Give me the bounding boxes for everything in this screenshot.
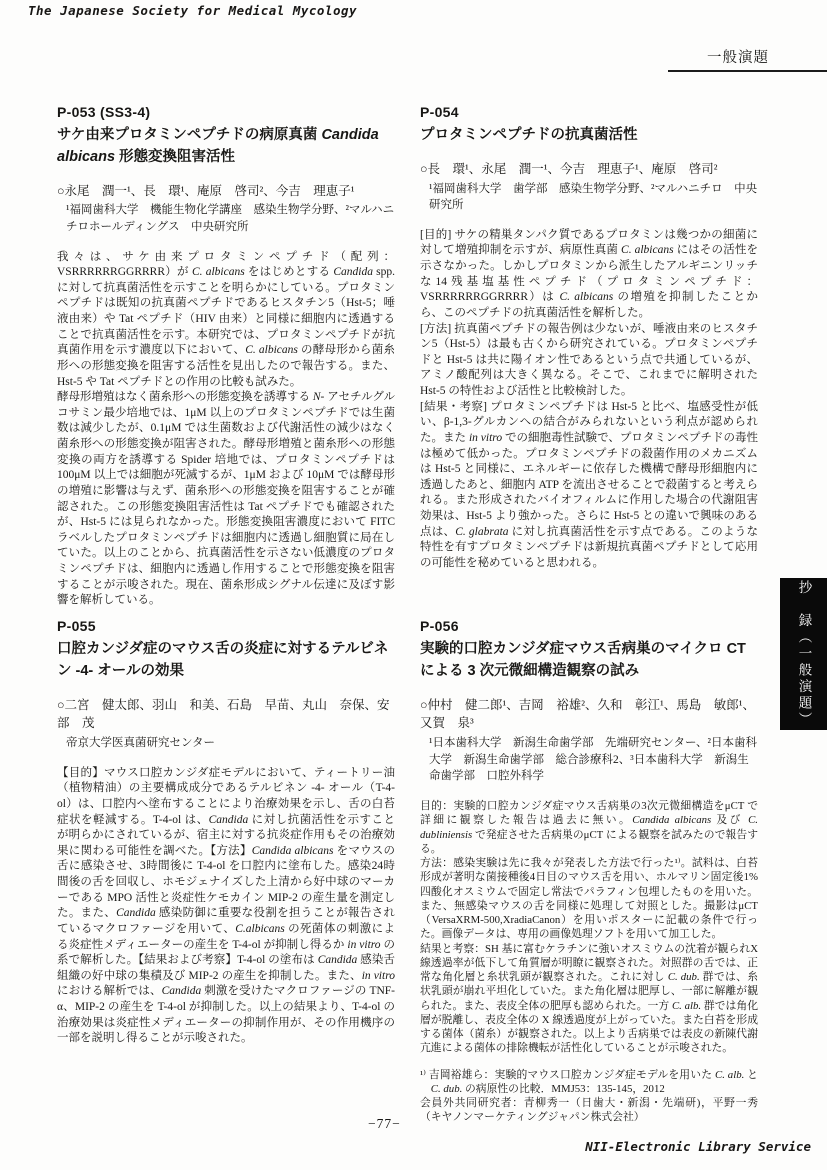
- section-label-rule: 一般演題: [668, 46, 827, 72]
- abstract-body: [目的] サケの精巣タンパク質であるプロタミンは幾つかの細菌に対して増殖抑制を示…: [420, 228, 758, 572]
- abstract-affiliation: 帝京大学医真菌研究センター: [57, 735, 395, 752]
- abstract-affiliation: ¹日本歯科大学 新潟生命歯学部 先端研究センター、²日本歯科大学 新潟生命歯学部…: [420, 735, 758, 785]
- abstract-paragraph: 【目的】マウス口腔カンジダ症モデルにおいて、ティートリー油（植物精油）の主要構成…: [57, 766, 395, 1047]
- abstract-code: P-055: [57, 618, 395, 634]
- section-label: 一般演題: [668, 46, 769, 67]
- abstract-paragraph: 結果と考察：SH 基に富むケラチンに強いオスミウムの沈着が観られX線透過率が低下…: [420, 942, 758, 1056]
- abstract-p054: P-054 プロタミンペプチドの抗真菌活性 ○長 環¹、永尾 潤一¹、今吉 理恵…: [420, 104, 758, 572]
- abstract-title: プロタミンペプチドの抗真菌活性: [420, 125, 758, 147]
- side-index-tab: 抄 録（一般演題）: [780, 578, 827, 730]
- abstract-code: P-054: [420, 104, 758, 120]
- abstract-title: 実験的口腔カンジダ症マウス舌病巣のマイクロ CT による 3 次元微細構造観察の…: [420, 639, 758, 683]
- abstract-paragraph: 目的：実験的口腔カンジダ症マウス舌病巣の3次元微細構造をμCT で詳細に観察した…: [420, 799, 758, 856]
- abstract-code: P-053 (SS3-4): [57, 104, 395, 120]
- abstract-p053: P-053 (SS3-4) サケ由来プロタミンペプチドの病原真菌 Candida…: [57, 104, 395, 609]
- abstract-body: 【目的】マウス口腔カンジダ症モデルにおいて、ティートリー油（植物精油）の主要構成…: [57, 766, 395, 1047]
- collaborators-note: 会員外共同研究者：青柳秀一（日歯大・新潟・先端研)，平野一秀（キヤノンマーケティ…: [420, 1096, 758, 1125]
- abstract-paragraph: [方法] 抗真菌ペプチドの報告例は少ないが、唾液由来のヒスタチン5（Hst-5）…: [420, 322, 758, 400]
- abstract-code: P-056: [420, 618, 758, 634]
- abstract-p056: P-056 実験的口腔カンジダ症マウス舌病巣のマイクロ CT による 3 次元微…: [420, 618, 758, 1125]
- abstract-body: 我々は、サケ由来プロタミンペプチド（配列：VSRRRRRRGGRRRR）が C.…: [57, 250, 395, 609]
- abstract-footnote: ¹⁾ 吉岡裕雄ら：実験的マウス口腔カンジダ症モデルを用いた C. alb. と …: [420, 1068, 758, 1097]
- journal-header: The Japanese Society for Medical Mycolog…: [28, 3, 357, 18]
- abstract-authors: ○二宮 健太郎、羽山 和美、石島 早苗、丸山 奈保、安部 茂: [57, 696, 395, 734]
- nii-service-label: NII-Electronic Library Service: [585, 1139, 811, 1154]
- abstract-body: 目的：実験的口腔カンジダ症マウス舌病巣の3次元微細構造をμCT で詳細に観察した…: [420, 799, 758, 1056]
- abstract-paragraph: 我々は、サケ由来プロタミンペプチド（配列：VSRRRRRRGGRRRR）が C.…: [57, 250, 395, 391]
- abstract-authors: ○仲村 健二郎¹、吉岡 裕雄²、久和 彰江¹、馬島 敏郎¹、又賀 泉³: [420, 696, 758, 734]
- document-page: The Japanese Society for Medical Mycolog…: [0, 0, 827, 1170]
- page-number: −77−: [368, 1116, 401, 1132]
- abstract-title: サケ由来プロタミンペプチドの病原真菌 Candida albicans 形態変換…: [57, 125, 395, 169]
- abstract-authors: ○長 環¹、永尾 潤一¹、今吉 理恵子¹、庵原 啓司²: [420, 160, 758, 179]
- abstract-paragraph: [結果・考察] プロタミンペプチドは Hst-5 と比べ、塩感受性が低い、β-1…: [420, 400, 758, 572]
- abstract-paragraph: [目的] サケの精巣タンパク質であるプロタミンは幾つかの細菌に対して増殖抑制を示…: [420, 228, 758, 322]
- abstract-title: 口腔カンジダ症のマウス舌の炎症に対するテルビネン -4- オールの効果: [57, 639, 395, 683]
- abstract-paragraph: 酵母形増殖はなく菌糸形への形態変換を誘導する N- アセチルグルコサミン最少培地…: [57, 390, 395, 609]
- abstract-affiliation: ¹福岡歯科大学 歯学部 感染生物学分野、²マルハニチロ 中央研究所: [420, 181, 758, 214]
- abstract-p055: P-055 口腔カンジダ症のマウス舌の炎症に対するテルビネン -4- オールの効…: [57, 618, 395, 1047]
- abstract-affiliation: ¹福岡歯科大学 機能生物化学講座 感染生物学分野、²マルハニチロホールディングス…: [57, 202, 395, 235]
- abstract-authors: ○永尾 潤一¹、長 環¹、庵原 啓司²、今吉 理恵子¹: [57, 182, 395, 201]
- abstract-paragraph: 方法：感染実験は先に我々が発表した方法で行った¹⁾。試料は、白苔形成が著明な菌接…: [420, 856, 758, 942]
